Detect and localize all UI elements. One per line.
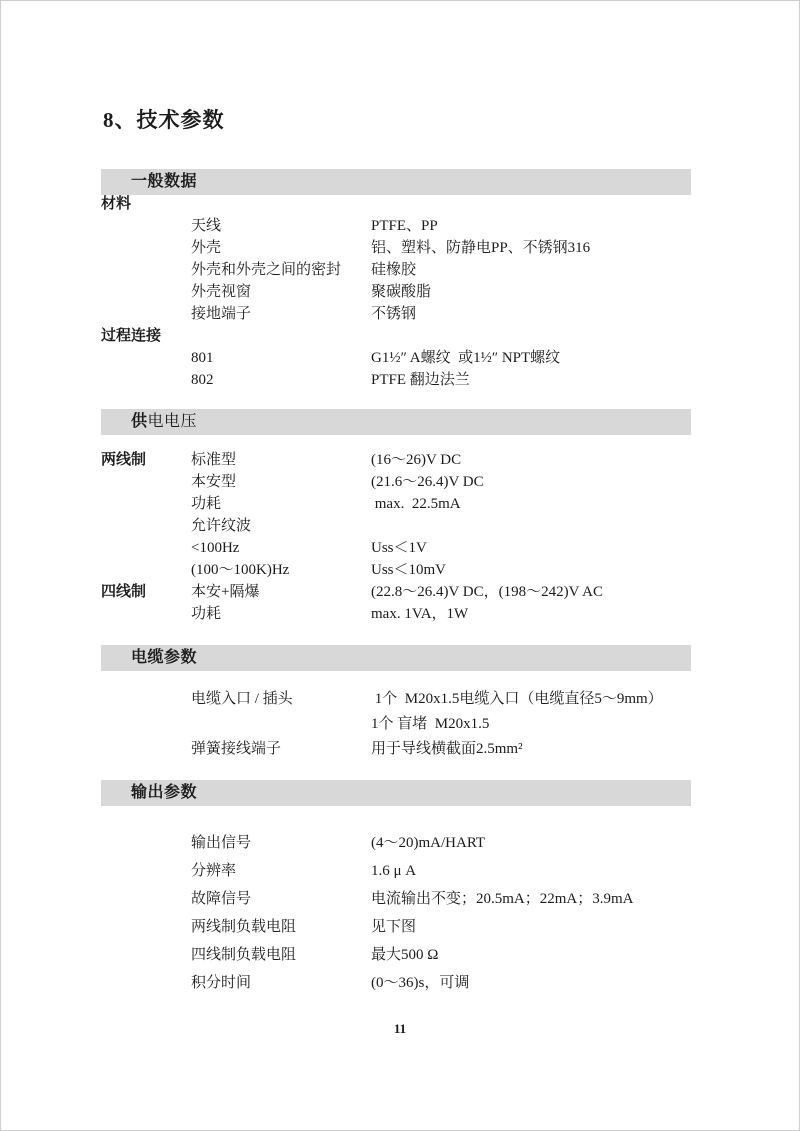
row-spec-value: 1.6 μ A: [371, 857, 761, 885]
row-spec-value: PTFE、PP: [371, 215, 761, 237]
row-spec-value: 用于导线横截面2.5mm²: [371, 737, 761, 762]
row-spec-value: [371, 325, 761, 347]
table-row: 分辨率 1.6 μ A: [101, 857, 761, 885]
row-group-label: [101, 737, 191, 762]
row-group-label: [101, 603, 191, 625]
row-group-label: [101, 559, 191, 581]
table-row: (100～100K)Hz Uss＜10mV: [101, 559, 761, 581]
row-spec-label: [191, 325, 371, 347]
row-spec-label: 允许纹波: [191, 515, 371, 537]
row-spec-label: 外壳: [191, 237, 371, 259]
row-group-label: [101, 347, 191, 369]
row-group-label: [101, 215, 191, 237]
row-group-label: [101, 281, 191, 303]
section-rows-general-data: 材料 天线 PTFE、PP 外壳 铝、塑料、防静电PP、不锈钢316 外壳和外壳…: [101, 193, 761, 391]
table-row: 接地端子 不锈钢: [101, 303, 761, 325]
row-spec-value: 铝、塑料、防静电PP、不锈钢316: [371, 237, 761, 259]
row-group-label: [101, 857, 191, 885]
row-spec-value: 聚碳酸脂: [371, 281, 761, 303]
section-header-label: 一般数据: [131, 173, 197, 190]
table-row: <100Hz Uss＜1V: [101, 537, 761, 559]
row-spec-label: 802: [191, 369, 371, 391]
table-row: 弹簧接线端子 用于导线横截面2.5mm²: [101, 737, 761, 762]
row-spec-value: (4～20)mA/HART: [371, 829, 761, 857]
row-group-label: [101, 259, 191, 281]
page-number: 11: [1, 1021, 799, 1037]
row-spec-value: (16～26)V DC: [371, 449, 761, 471]
row-spec-value: [371, 515, 761, 537]
row-group-label: [101, 515, 191, 537]
section-header-output-parameters: 输出参数: [101, 780, 691, 806]
row-group-label: [101, 237, 191, 259]
row-spec-label: 功耗: [191, 603, 371, 625]
row-spec-label: 分辨率: [191, 857, 371, 885]
row-spec-value: 不锈钢: [371, 303, 761, 325]
row-spec-label: 积分时间: [191, 969, 371, 997]
row-spec-label: 外壳视窗: [191, 281, 371, 303]
row-spec-label: 本安+隔爆: [191, 581, 371, 603]
section-header-label: 输出参数: [131, 784, 197, 801]
row-group-label: [101, 369, 191, 391]
row-group-label: [101, 493, 191, 515]
row-spec-value: Uss＜10mV: [371, 559, 761, 581]
row-spec-label: 标准型: [191, 449, 371, 471]
table-row: 本安型 (21.6～26.4)V DC: [101, 471, 761, 493]
row-group-label: 两线制: [101, 449, 191, 471]
table-row: 外壳 铝、塑料、防静电PP、不锈钢316: [101, 237, 761, 259]
section-header-supply-voltage: 供电电压: [101, 409, 691, 435]
table-row: 积分时间 (0～36)s，可调: [101, 969, 761, 997]
row-group-label: [101, 829, 191, 857]
row-spec-label: 电缆入口 / 插头: [191, 687, 371, 712]
row-spec-label: 接地端子: [191, 303, 371, 325]
row-spec-label: 弹簧接线端子: [191, 737, 371, 762]
row-spec-label: 外壳和外壳之间的密封: [191, 259, 371, 281]
row-spec-label: [191, 712, 371, 737]
section-header-label: 电缆参数: [131, 649, 197, 666]
section-rows-supply-voltage: 两线制 标准型 (16～26)V DC 本安型 (21.6～26.4)V DC …: [101, 449, 761, 625]
table-row: 天线 PTFE、PP: [101, 215, 761, 237]
row-spec-value: max. 1VA，1W: [371, 603, 761, 625]
row-spec-value: (22.8～26.4)V DC，(198～242)V AC: [371, 581, 761, 603]
row-spec-value: max. 22.5mA: [371, 493, 761, 515]
row-spec-label: 故障信号: [191, 885, 371, 913]
row-spec-value: 1个 盲堵 M20x1.5: [371, 712, 761, 737]
table-row: 外壳视窗 聚碳酸脂: [101, 281, 761, 303]
row-group-label: 过程连接: [101, 325, 191, 347]
table-row: 允许纹波: [101, 515, 761, 537]
row-group-label: [101, 969, 191, 997]
page-title: 8、技术参数: [103, 104, 225, 134]
row-spec-value: 最大500 Ω: [371, 941, 761, 969]
row-group-label: [101, 303, 191, 325]
table-row: 故障信号 电流输出不变；20.5mA；22mA；3.9mA: [101, 885, 761, 913]
section-header-cable-parameters: 电缆参数: [101, 645, 691, 671]
section-rows-cable-parameters: 电缆入口 / 插头 1个 M20x1.5电缆入口（电缆直径5～9mm） 1个 盲…: [101, 687, 761, 762]
row-spec-label: <100Hz: [191, 537, 371, 559]
table-row: 电缆入口 / 插头 1个 M20x1.5电缆入口（电缆直径5～9mm）: [101, 687, 761, 712]
row-group-label: 四线制: [101, 581, 191, 603]
section-rows-output-parameters: 输出信号 (4～20)mA/HART 分辨率 1.6 μ A 故障信号 电流输出…: [101, 829, 761, 997]
row-spec-label: [191, 193, 371, 215]
section-header-label: 供: [131, 413, 148, 430]
row-spec-label: 功耗: [191, 493, 371, 515]
row-group-label: [101, 941, 191, 969]
table-row: 材料: [101, 193, 761, 215]
row-spec-value: 1个 M20x1.5电缆入口（电缆直径5～9mm）: [371, 687, 761, 712]
table-row: 802 PTFE 翻边法兰: [101, 369, 761, 391]
row-spec-label: 801: [191, 347, 371, 369]
row-spec-label: 两线制负载电阻: [191, 913, 371, 941]
row-spec-value: (0～36)s，可调: [371, 969, 761, 997]
row-spec-value: [371, 193, 761, 215]
table-row: 801 G1½″ A螺纹 或1½″ NPT螺纹: [101, 347, 761, 369]
table-row: 1个 盲堵 M20x1.5: [101, 712, 761, 737]
row-group-label: 材料: [101, 193, 191, 215]
row-spec-label: (100～100K)Hz: [191, 559, 371, 581]
row-spec-value: 见下图: [371, 913, 761, 941]
section-header-general-data: 一般数据: [101, 169, 691, 195]
row-spec-label: 四线制负载电阻: [191, 941, 371, 969]
document-page: 8、技术参数 一般数据 材料 天线 PTFE、PP 外壳 铝、塑料、防静电PP、…: [0, 0, 800, 1131]
row-spec-value: 电流输出不变；20.5mA；22mA；3.9mA: [371, 885, 761, 913]
row-spec-value: 硅橡胶: [371, 259, 761, 281]
row-spec-value: Uss＜1V: [371, 537, 761, 559]
table-row: 两线制 标准型 (16～26)V DC: [101, 449, 761, 471]
row-group-label: [101, 471, 191, 493]
row-spec-value: G1½″ A螺纹 或1½″ NPT螺纹: [371, 347, 761, 369]
table-row: 外壳和外壳之间的密封 硅橡胶: [101, 259, 761, 281]
table-row: 功耗 max. 22.5mA: [101, 493, 761, 515]
table-row: 四线制 本安+隔爆 (22.8～26.4)V DC，(198～242)V AC: [101, 581, 761, 603]
row-group-label: [101, 885, 191, 913]
row-spec-label: 本安型: [191, 471, 371, 493]
row-group-label: [101, 537, 191, 559]
row-spec-value: PTFE 翻边法兰: [371, 369, 761, 391]
table-row: 过程连接: [101, 325, 761, 347]
row-spec-value: (21.6～26.4)V DC: [371, 471, 761, 493]
table-row: 输出信号 (4～20)mA/HART: [101, 829, 761, 857]
row-spec-label: 输出信号: [191, 829, 371, 857]
table-row: 功耗 max. 1VA，1W: [101, 603, 761, 625]
row-group-label: [101, 712, 191, 737]
row-group-label: [101, 913, 191, 941]
row-group-label: [101, 687, 191, 712]
table-row: 四线制负载电阻 最大500 Ω: [101, 941, 761, 969]
table-row: 两线制负载电阻 见下图: [101, 913, 761, 941]
row-spec-label: 天线: [191, 215, 371, 237]
